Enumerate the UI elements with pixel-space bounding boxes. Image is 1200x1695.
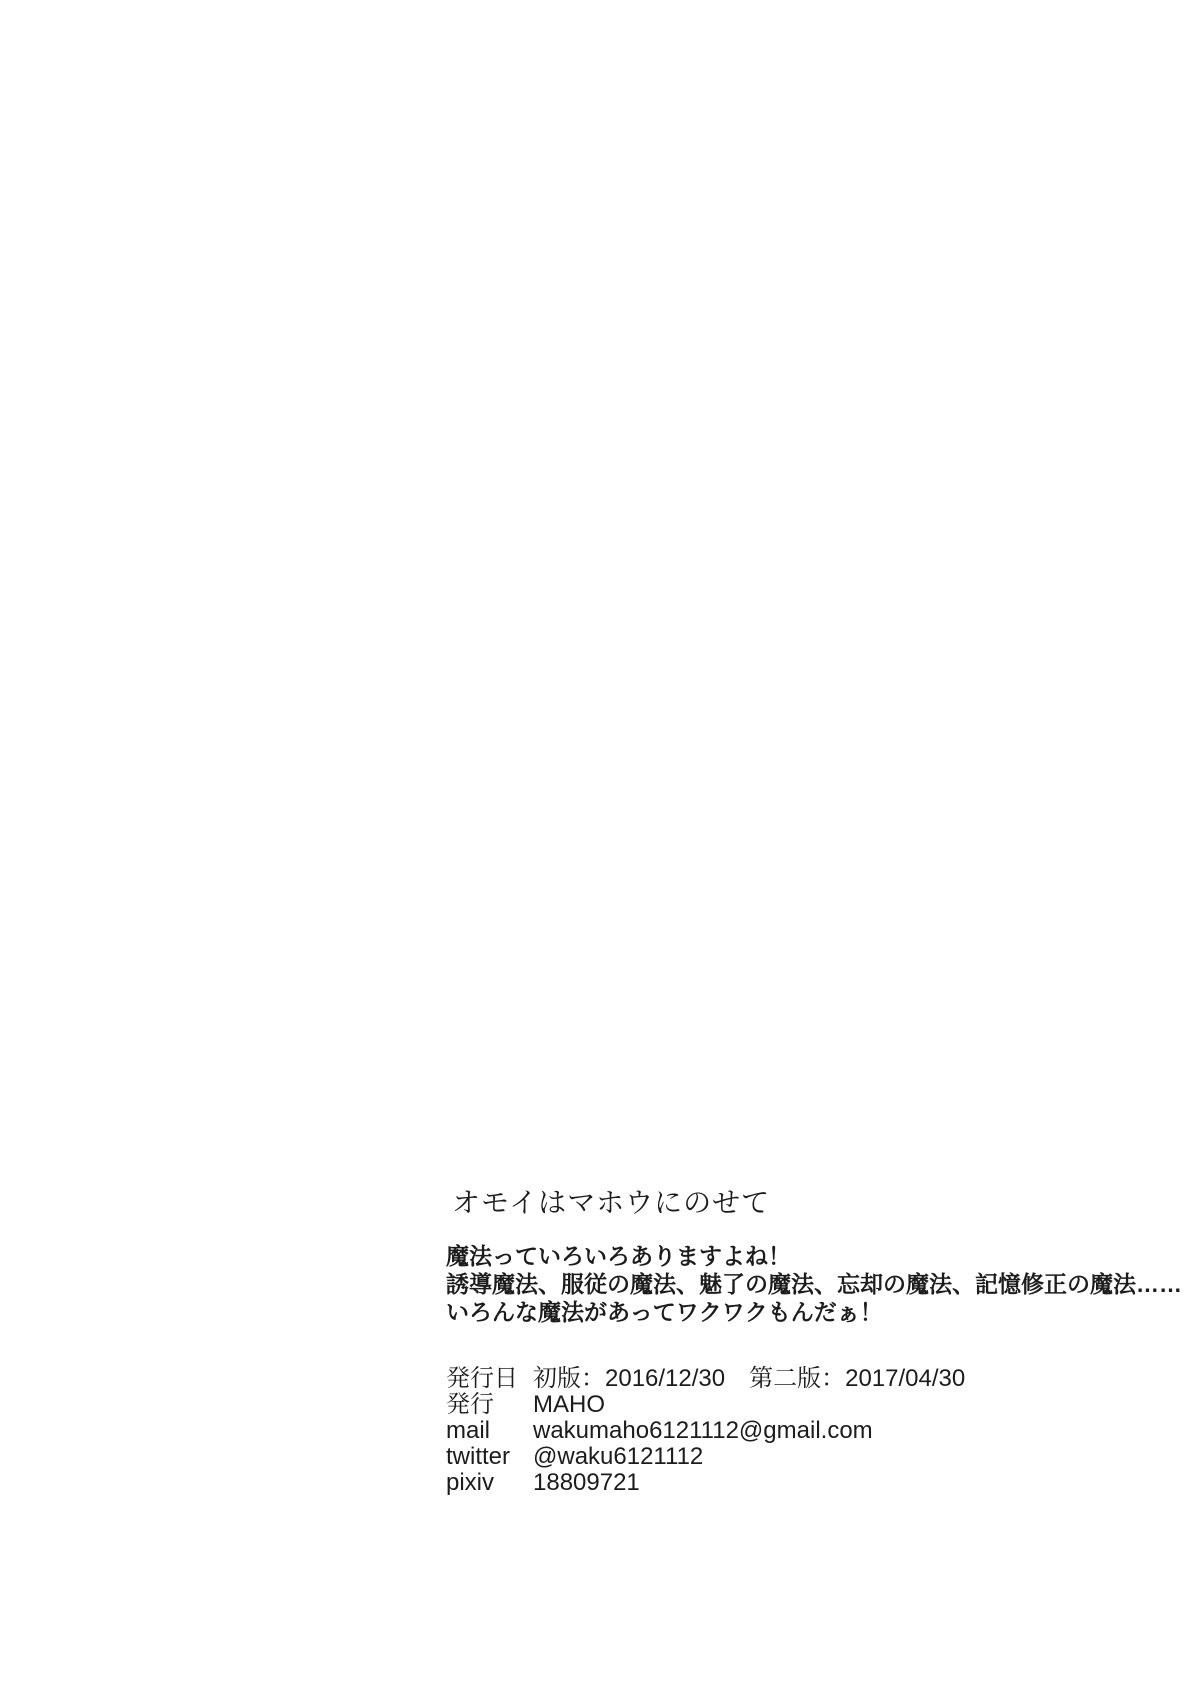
publish-date-label: 発行日: [446, 1366, 533, 1392]
afterword-line: 魔法っていろいろありますよね！: [446, 1242, 1166, 1270]
twitter-label: twitter: [446, 1444, 533, 1470]
afterword-line: いろんな魔法があってワクワクもんだぁ！: [446, 1298, 1166, 1326]
mail-label: mail: [446, 1418, 533, 1444]
mail-value: wakumaho6121112@gmail.com: [533, 1418, 873, 1444]
page-title: オモイはマホウにのせて: [452, 1186, 1166, 1220]
publication-info: 発行日 初版：2016/12/30 第二版：2017/04/30 発行 MAHO…: [446, 1366, 1166, 1496]
colophon-block: オモイはマホウにのせて 魔法っていろいろありますよね！ 誘導魔法、服従の魔法、魅…: [446, 1186, 1166, 1496]
twitter-value: @waku6121112: [533, 1444, 703, 1470]
publisher-value: MAHO: [533, 1392, 605, 1418]
info-row-publish-date: 発行日 初版：2016/12/30 第二版：2017/04/30: [446, 1366, 1166, 1392]
pixiv-label: pixiv: [446, 1470, 533, 1496]
scanned-page: { "page": { "background_color": "#ffffff…: [0, 0, 1200, 1695]
info-row-publisher: 発行 MAHO: [446, 1392, 1166, 1418]
info-row-twitter: twitter @waku6121112: [446, 1444, 1166, 1470]
afterword-line: 誘導魔法、服従の魔法、魅了の魔法、忘却の魔法、記憶修正の魔法……: [446, 1270, 1166, 1298]
afterword-paragraph: 魔法っていろいろありますよね！ 誘導魔法、服従の魔法、魅了の魔法、忘却の魔法、記…: [446, 1242, 1166, 1326]
publisher-label: 発行: [446, 1392, 533, 1418]
info-row-pixiv: pixiv 18809721: [446, 1470, 1166, 1496]
pixiv-value: 18809721: [533, 1470, 640, 1496]
info-row-mail: mail wakumaho6121112@gmail.com: [446, 1418, 1166, 1444]
publish-date-value: 初版：2016/12/30 第二版：2017/04/30: [533, 1366, 965, 1392]
